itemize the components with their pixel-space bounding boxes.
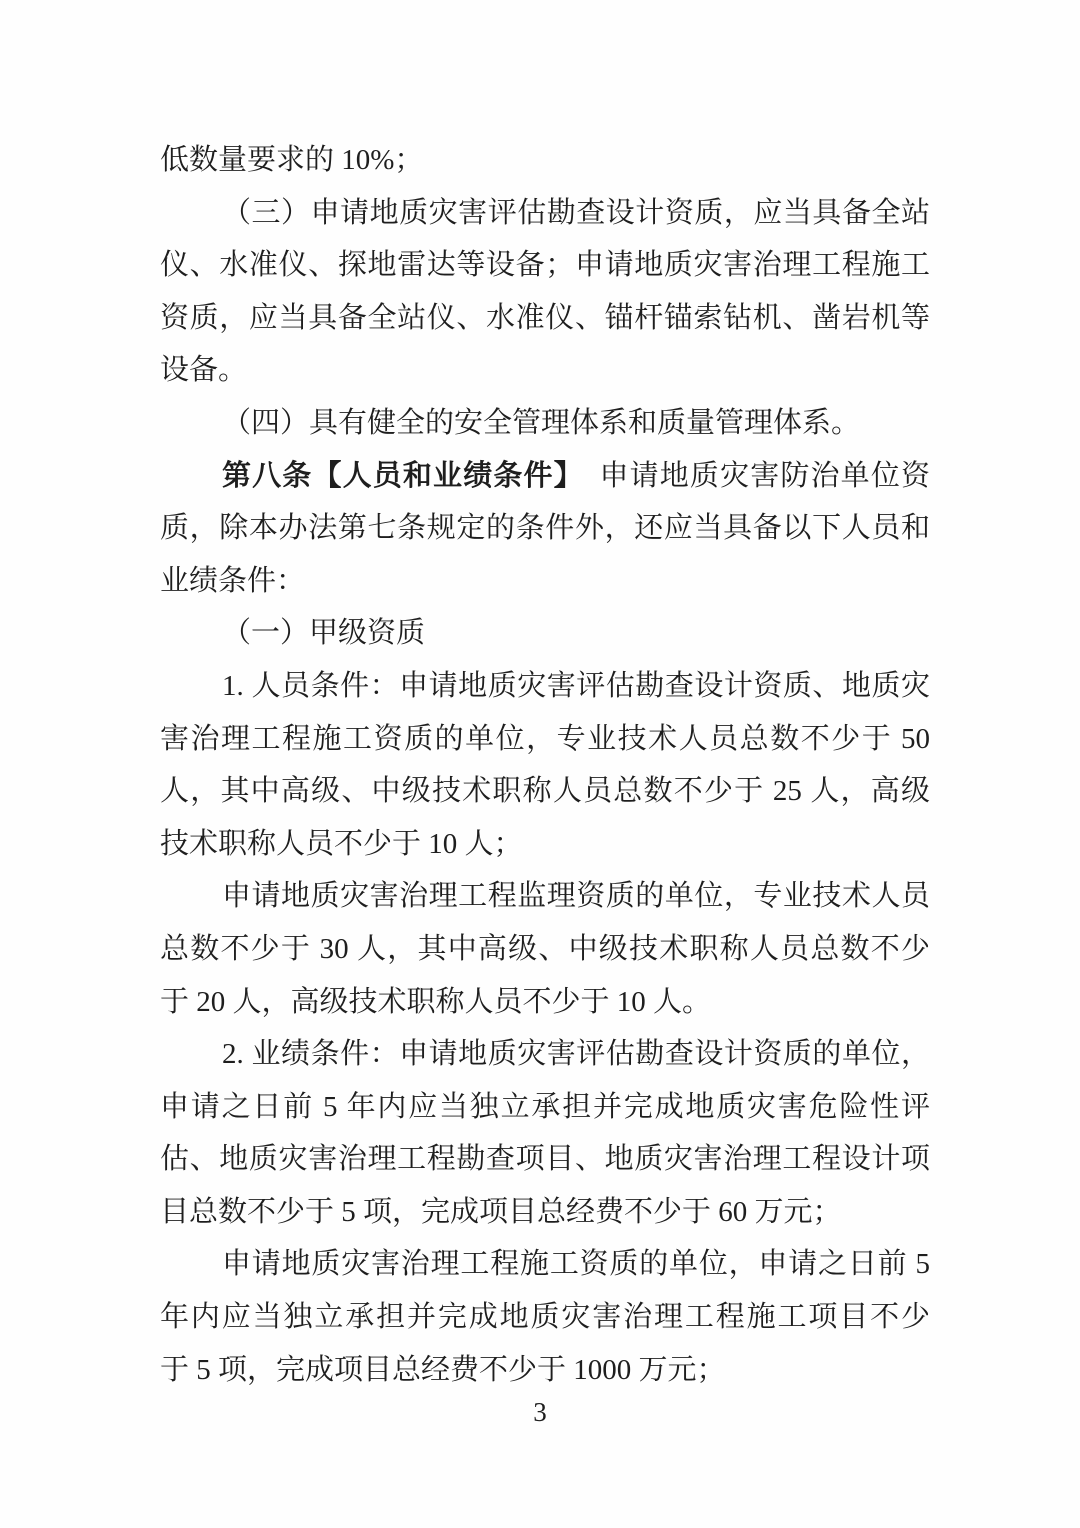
item-3-line-2: 仪、水准仪、探地雷达等设备；申请地质灾害治理工程施工 (160, 239, 930, 292)
supervision-paragraph-line-1: 申请地质灾害治理工程监理资质的单位，专业技术人员 (160, 870, 930, 923)
document-body: 低数量要求的 10%； （三）申请地质灾害评估勘查设计资质，应当具备全站 仪、水… (160, 134, 930, 1396)
paragraph-continuation-line: 低数量要求的 10%； (160, 134, 930, 187)
personnel-conditions-line-3: 人，其中高级、中级技术职称人员总数不少于 25 人，高级 (160, 765, 930, 818)
performance-conditions-line-2: 申请之日前 5 年内应当独立承担并完成地质灾害危险性评 (160, 1081, 930, 1134)
personnel-conditions-line-2: 害治理工程施工资质的单位，专业技术人员总数不少于 50 (160, 713, 930, 766)
personnel-conditions-line-4: 技术职称人员不少于 10 人； (160, 818, 930, 871)
item-3-line-4: 设备。 (160, 344, 930, 397)
performance-conditions-line-3: 估、地质灾害治理工程勘查项目、地质灾害治理工程设计项 (160, 1133, 930, 1186)
item-3-line-3: 资质，应当具备全站仪、水准仪、锚杆锚索钻机、凿岩机等 (160, 292, 930, 345)
document-page: 低数量要求的 10%； （三）申请地质灾害评估勘查设计资质，应当具备全站 仪、水… (0, 0, 1080, 1528)
construction-paragraph-line-3: 于 5 项，完成项目总经费不少于 1000 万元； (160, 1344, 930, 1397)
article-8-line-2: 质，除本办法第七条规定的条件外，还应当具备以下人员和 (160, 502, 930, 555)
article-8-line-3: 业绩条件： (160, 555, 930, 608)
performance-conditions-line-1: 2. 业绩条件：申请地质灾害评估勘查设计资质的单位， (160, 1028, 930, 1081)
page-number: 3 (0, 1390, 1080, 1434)
supervision-paragraph-line-2: 总数不少于 30 人，其中高级、中级技术职称人员总数不少 (160, 923, 930, 976)
performance-conditions-line-4: 目总数不少于 5 项，完成项目总经费不少于 60 万元； (160, 1186, 930, 1239)
construction-paragraph-line-2: 年内应当独立承担并完成地质灾害治理工程施工项目不少 (160, 1291, 930, 1344)
construction-paragraph-line-1: 申请地质灾害治理工程施工资质的单位，申请之日前 5 (160, 1238, 930, 1291)
article-8-heading-line: 第八条【人员和业绩条件】 申请地质灾害防治单位资 (160, 450, 930, 503)
article-8-heading-title: 第八条【人员和业绩条件】 (222, 460, 569, 492)
article-8-heading-rest: 申请地质灾害防治单位资 (569, 460, 930, 492)
supervision-paragraph-line-3: 于 20 人，高级技术职称人员不少于 10 人。 (160, 976, 930, 1029)
item-4-line: （四）具有健全的安全管理体系和质量管理体系。 (160, 397, 930, 450)
personnel-conditions-line-1: 1. 人员条件：申请地质灾害评估勘查设计资质、地质灾 (160, 660, 930, 713)
item-1-grade-a-line: （一）甲级资质 (160, 607, 930, 660)
item-3-line-1: （三）申请地质灾害评估勘查设计资质，应当具备全站 (160, 187, 930, 240)
